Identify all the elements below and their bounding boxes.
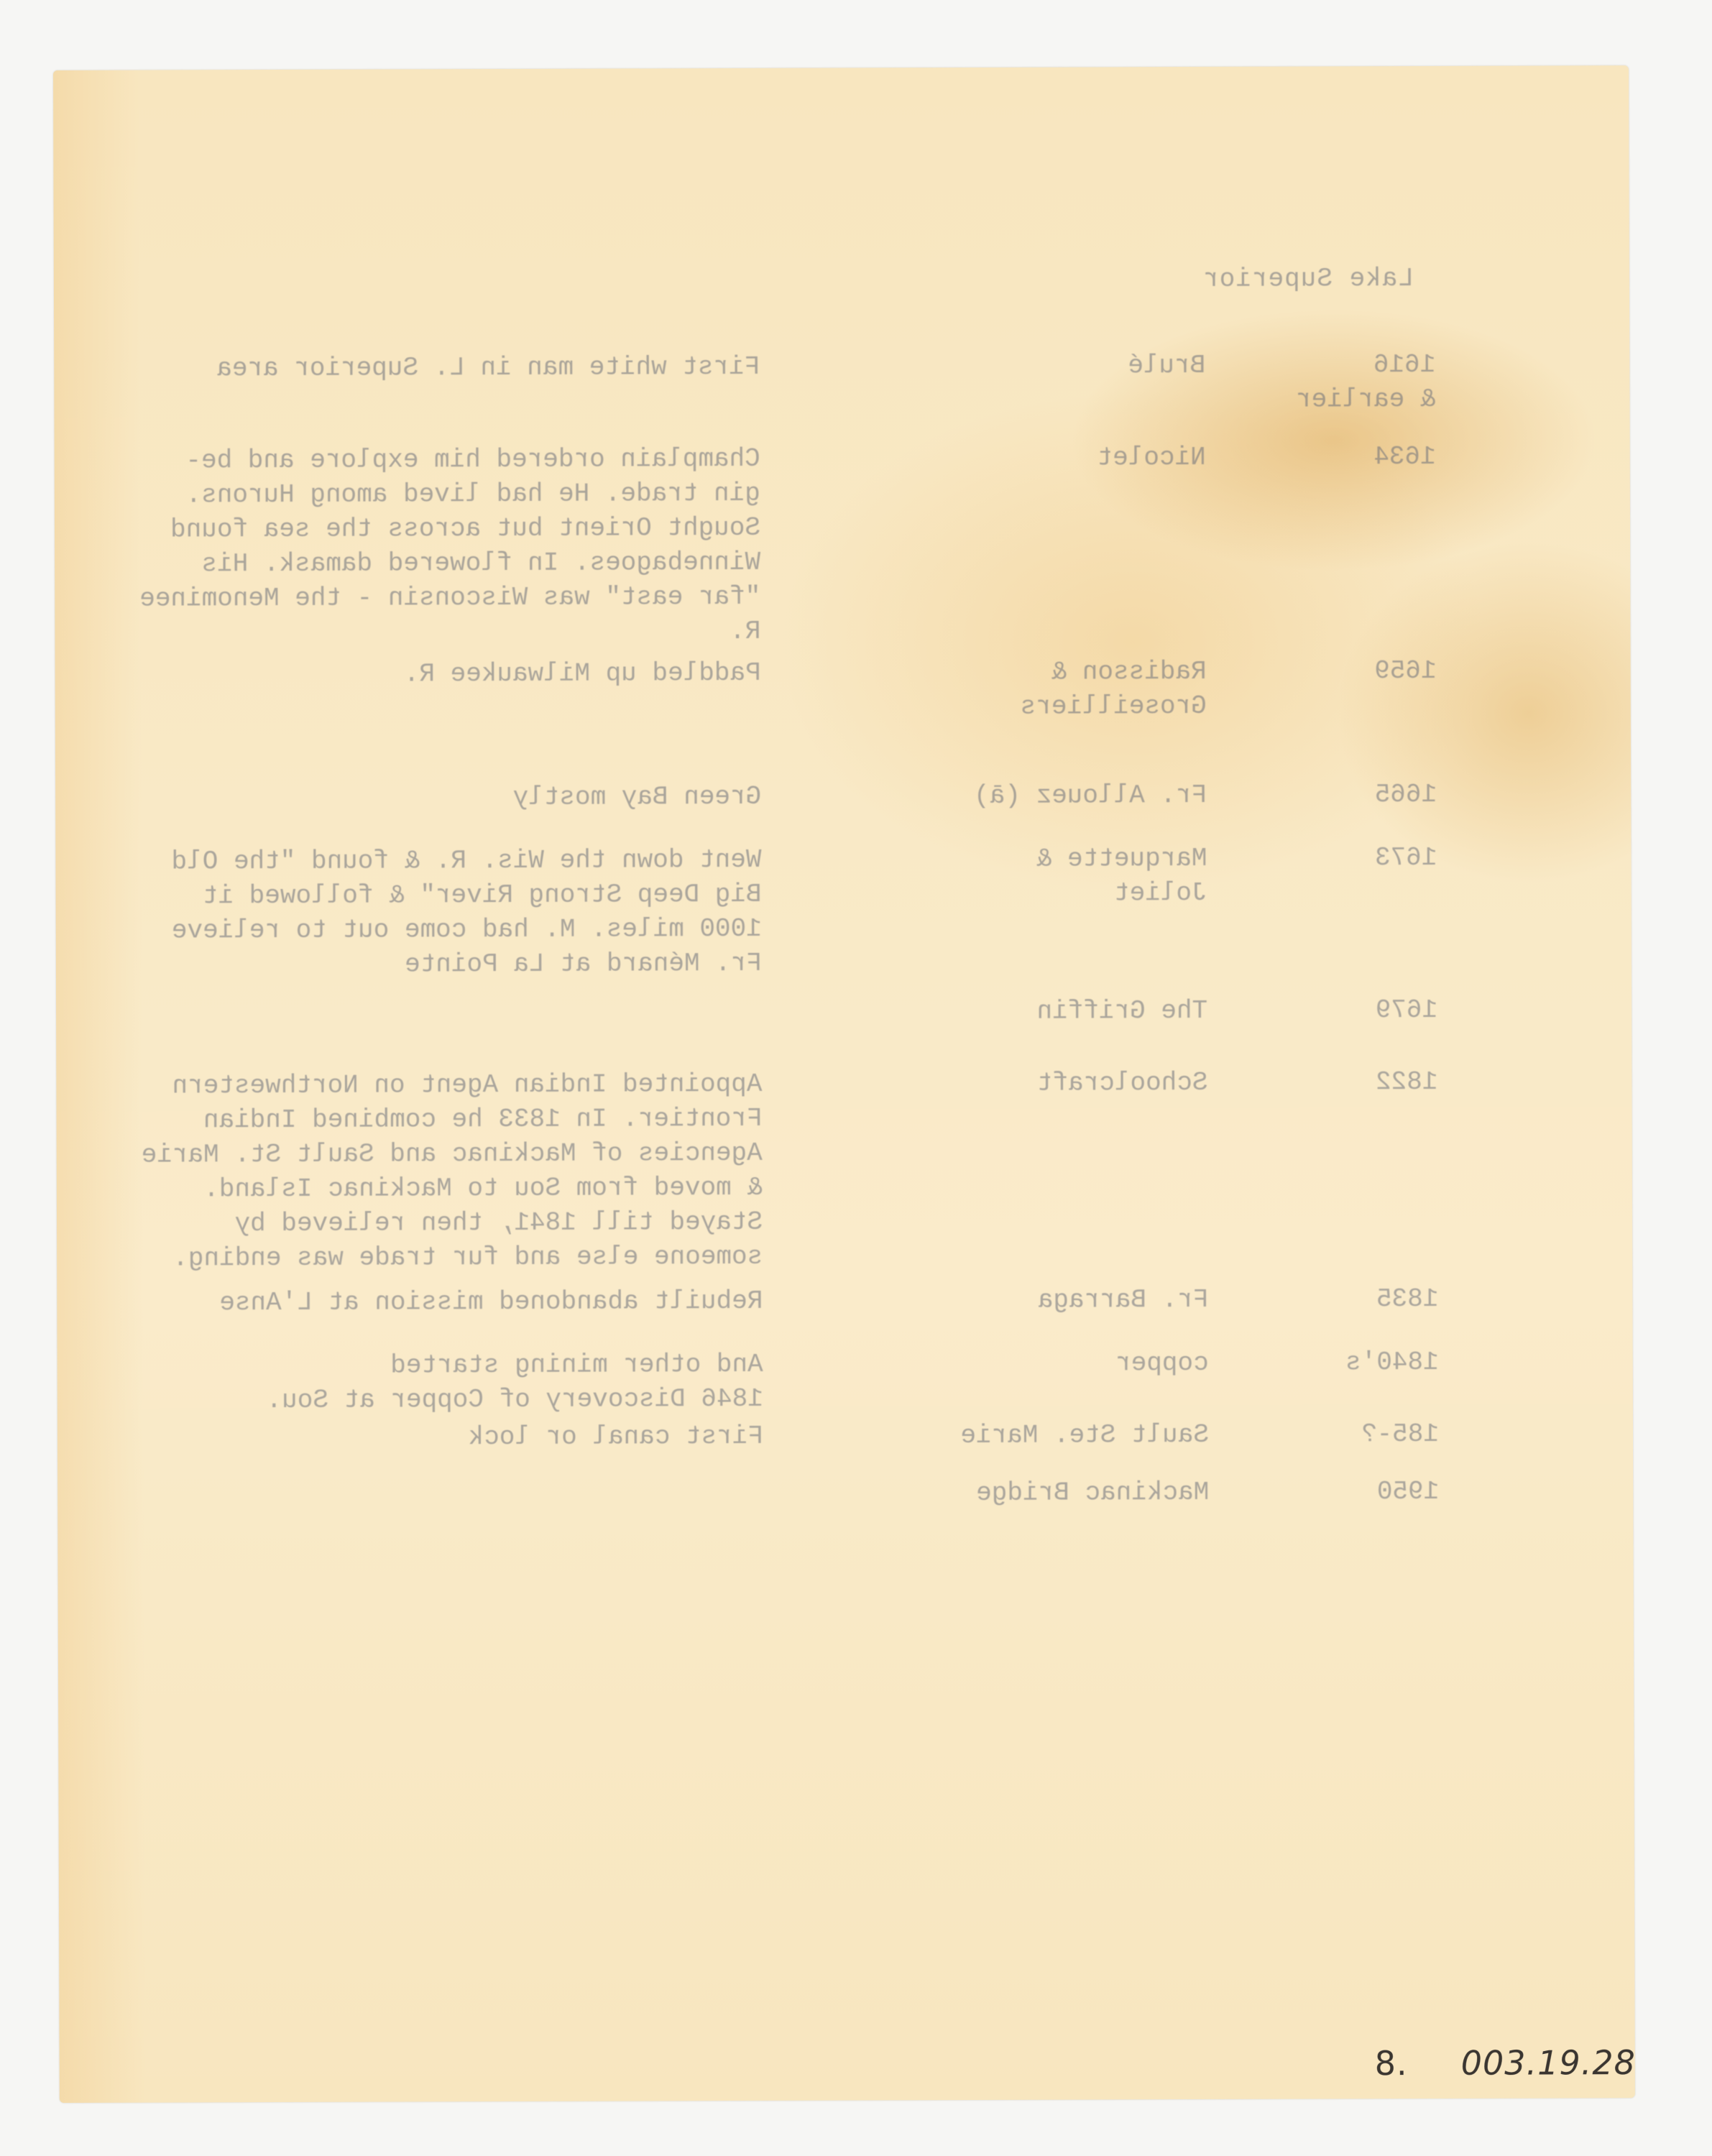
entry-subject: Sault Ste. Marie <box>835 1418 1209 1454</box>
handwritten-accession-number: 003.19.286 <box>1461 2043 1635 2083</box>
entry-subject: Schoolcraft <box>834 1066 1207 1102</box>
entry-note: Appointed Indian Agent on Northwestern F… <box>53 1067 763 1276</box>
entry-note: Rebuilt abandoned mission at L'Anse <box>53 1284 763 1321</box>
entry-note <box>53 1477 763 1479</box>
entry-subject: Nicolet <box>832 441 1206 476</box>
entry-year: 1835 <box>1309 1282 1438 1317</box>
scanned-page: Lake Superior 1616 & earlier Brulé First… <box>0 0 1712 2156</box>
timeline-entry: 1634 Nicolet Champlain ordered him explo… <box>70 440 1436 444</box>
timeline-entry: 1950 Mackinac Bridge <box>73 1475 1439 1479</box>
entry-note: And other mining started 1846 Discovery … <box>53 1347 763 1419</box>
entry-year: 1665 <box>1307 778 1437 813</box>
entry-note: First white man in L. Superior area <box>53 350 760 387</box>
entry-note <box>53 995 762 998</box>
entry-year: 1679 <box>1308 993 1437 1028</box>
timeline-entry: 1835 Fr. Barraga Rebuilt abandoned missi… <box>73 1282 1438 1286</box>
mirrored-typed-text: Lake Superior 1616 & earlier Brulé First… <box>53 65 1635 2103</box>
entry-subject: copper <box>835 1346 1209 1382</box>
entry-year: 1634 <box>1307 440 1436 475</box>
paper-sheet: Lake Superior 1616 & earlier Brulé First… <box>53 65 1635 2103</box>
document-title: Lake Superior <box>1202 262 1414 297</box>
timeline-entry: 1822 Schoolcraft Appointed Indian Agent … <box>72 1065 1437 1069</box>
entry-year: 1840's <box>1310 1345 1439 1381</box>
timeline-entry: 1659 Radisson & Groseilliers Paddled up … <box>71 654 1437 658</box>
entry-note: Paddled up Milwaukee R. <box>53 656 761 693</box>
entry-year: 185-? <box>1310 1417 1439 1452</box>
entry-subject: Fr. Allouez (ā) <box>833 778 1207 814</box>
entry-subject: Brulé <box>832 349 1205 384</box>
timeline-entry: 1616 & earlier Brulé First white man in … <box>70 348 1435 352</box>
entry-year: 1822 <box>1308 1065 1437 1100</box>
entry-year: 1616 & earlier <box>1306 348 1435 418</box>
entry-subject: Marquette & Joliet <box>833 842 1207 912</box>
entry-subject: The Griffin <box>834 994 1207 1030</box>
entry-subject: Fr. Barraga <box>834 1283 1208 1319</box>
entry-note: Green Bay mostly <box>53 780 761 816</box>
timeline-entry: 1673 Marquette & Joliet Went down the Wi… <box>71 841 1437 845</box>
entry-year: 1950 <box>1310 1475 1439 1510</box>
entry-subject: Radisson & Groseilliers <box>833 655 1207 725</box>
entry-subject: Mackinac Bridge <box>835 1475 1209 1511</box>
timeline-entry: 1665 Fr. Allouez (ā) Green Bay mostly <box>71 778 1437 782</box>
entry-note: Champlain ordered him explore and be- gi… <box>53 442 761 651</box>
timeline-entry: 1679 The Griffin <box>72 993 1437 998</box>
timeline-entry: 1840's copper And other mining started 1… <box>73 1345 1439 1350</box>
handwritten-page-number: 8. <box>1375 2044 1408 2083</box>
entry-year: 1659 <box>1307 654 1437 689</box>
entry-year: 1673 <box>1307 841 1437 876</box>
entry-note: Went down the Wis. R. & found "the Old B… <box>53 843 762 983</box>
entry-note: First canal or lock <box>53 1419 763 1456</box>
